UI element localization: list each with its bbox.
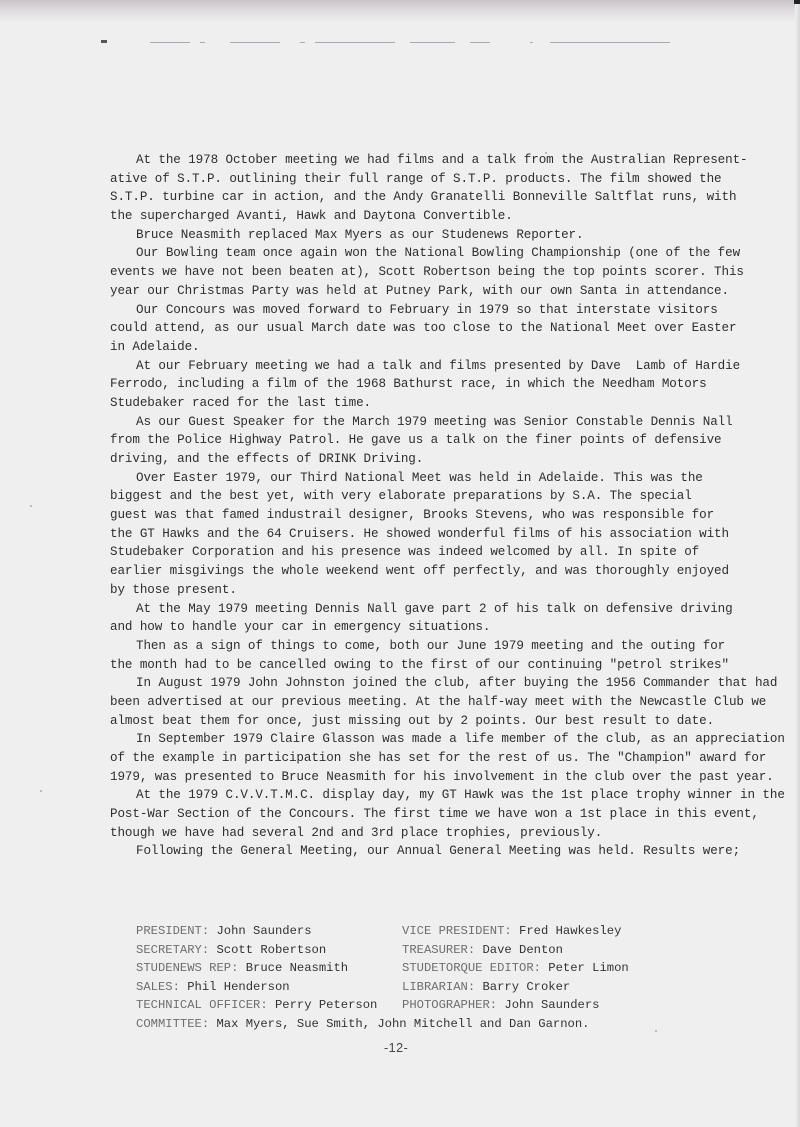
paragraph-first-line: At the May 1979 meeting Dennis Nall gave… bbox=[110, 600, 700, 619]
officers-list: PRESIDENT: John SaundersVICE PRESIDENT: … bbox=[136, 922, 656, 1034]
committee-names: Max Myers, Sue Smith, John Mitchell and … bbox=[209, 1017, 589, 1031]
paragraph: Then as a sign of things to come, both o… bbox=[110, 637, 700, 674]
officer-name: Barry Croker bbox=[475, 980, 570, 994]
paragraph-line: Studebaker raced for the last time. bbox=[110, 394, 700, 413]
officer-row: STUDENEWS REP: Bruce NeasmithSTUDETORQUE… bbox=[136, 959, 656, 978]
paragraph-first-line: Then as a sign of things to come, both o… bbox=[110, 637, 700, 656]
officer-role: TREASURER: bbox=[402, 943, 475, 957]
officer-name: Scott Robertson bbox=[209, 943, 326, 957]
paragraph-first-line: At the 1978 October meeting we had films… bbox=[110, 151, 700, 170]
paragraph-line: Ferrodo, including a film of the 1968 Ba… bbox=[110, 375, 700, 394]
officer-entry: TREASURER: Dave Denton bbox=[402, 941, 656, 960]
officer-row: SECRETARY: Scott RobertsonTREASURER: Dav… bbox=[136, 941, 656, 960]
paragraph-first-line: As our Guest Speaker for the March 1979 … bbox=[110, 413, 700, 432]
paragraph-line: Studebaker Corporation and his presence … bbox=[110, 543, 700, 562]
paragraph-first-line: Our Concours was moved forward to Februa… bbox=[110, 301, 700, 320]
paragraph-line: from the Police Highway Patrol. He gave … bbox=[110, 431, 700, 450]
document-body: At the 1978 October meeting we had films… bbox=[110, 151, 700, 861]
officer-name: Phil Henderson bbox=[180, 980, 290, 994]
page-number: -12- bbox=[384, 1041, 408, 1055]
officer-role: LIBRARIAN: bbox=[402, 980, 475, 994]
officer-role: STUDETORQUE EDITOR: bbox=[402, 961, 541, 975]
paragraph-line: in Adelaide. bbox=[110, 338, 700, 357]
officer-role: TECHNICAL OFFICER: bbox=[136, 998, 268, 1012]
officer-role: SALES: bbox=[136, 980, 180, 994]
officer-role: SECRETARY: bbox=[136, 943, 209, 957]
paragraph: Over Easter 1979, our Third National Mee… bbox=[110, 469, 700, 600]
paragraph-line: could attend, as our usual March date wa… bbox=[110, 319, 700, 338]
paragraph: Our Concours was moved forward to Februa… bbox=[110, 301, 700, 357]
officer-entry: SECRETARY: Scott Robertson bbox=[136, 941, 402, 960]
paragraph-line: almost beat them for once, just missing … bbox=[110, 712, 700, 731]
officer-entry: STUDENEWS REP: Bruce Neasmith bbox=[136, 959, 402, 978]
paragraph-line: of the example in participation she has … bbox=[110, 749, 700, 768]
officer-entry: STUDETORQUE EDITOR: Peter Limon bbox=[402, 959, 656, 978]
officer-name: Peter Limon bbox=[541, 961, 629, 975]
paragraph: At the 1978 October meeting we had films… bbox=[110, 151, 700, 226]
paragraph-line: earlier misgivings the whole weekend wen… bbox=[110, 562, 700, 581]
officer-entry: PRESIDENT: John Saunders bbox=[136, 922, 402, 941]
paragraph-line: the month had to be cancelled owing to t… bbox=[110, 656, 700, 675]
scan-top-shadow bbox=[0, 0, 800, 22]
officer-entry: VICE PRESIDENT: Fred Hawkesley bbox=[402, 922, 656, 941]
officer-entry: SALES: Phil Henderson bbox=[136, 978, 402, 997]
paragraph-line: and how to handle your car in emergency … bbox=[110, 618, 700, 637]
officer-role: VICE PRESIDENT: bbox=[402, 924, 512, 938]
paragraph-line: ative of S.T.P. outlining their full ran… bbox=[110, 170, 700, 189]
paragraph-line: the GT Hawks and the 64 Cruisers. He sho… bbox=[110, 525, 700, 544]
paragraph: Bruce Neasmith replaced Max Myers as our… bbox=[110, 226, 700, 245]
paragraph-line: guest was that famed industrail designer… bbox=[110, 506, 700, 525]
officer-entry: LIBRARIAN: Barry Croker bbox=[402, 978, 656, 997]
paragraph-line: events we have not been beaten at), Scot… bbox=[110, 263, 700, 282]
committee-line: COMMITTEE: Max Myers, Sue Smith, John Mi… bbox=[136, 1015, 656, 1034]
officer-name: Perry Peterson bbox=[268, 998, 378, 1012]
officer-name: Bruce Neasmith bbox=[238, 961, 348, 975]
officer-name: John Saunders bbox=[209, 924, 311, 938]
paragraph-first-line: At our February meeting we had a talk an… bbox=[110, 357, 700, 376]
paragraph: At our February meeting we had a talk an… bbox=[110, 357, 700, 413]
scan-speck bbox=[30, 505, 32, 507]
officer-name: Dave Denton bbox=[475, 943, 563, 957]
paragraph-first-line: Our Bowling team once again won the Nati… bbox=[110, 244, 700, 263]
paragraph-line: biggest and the best yet, with very elab… bbox=[110, 487, 700, 506]
officer-name: John Saunders bbox=[497, 998, 599, 1012]
officer-role: PRESIDENT: bbox=[136, 924, 209, 938]
header-faint-rule bbox=[150, 42, 710, 44]
officer-name: Fred Hawkesley bbox=[512, 924, 622, 938]
paragraph-first-line: In August 1979 John Johnston joined the … bbox=[110, 674, 700, 693]
scan-right-edge bbox=[795, 0, 800, 1127]
committee-role: COMMITTEE: bbox=[136, 1017, 209, 1031]
officer-row: PRESIDENT: John SaundersVICE PRESIDENT: … bbox=[136, 922, 656, 941]
scan-mark bbox=[101, 40, 107, 43]
paragraph-first-line: Following the General Meeting, our Annua… bbox=[110, 842, 700, 861]
officer-row: TECHNICAL OFFICER: Perry PetersonPHOTOGR… bbox=[136, 996, 656, 1015]
paragraph-line: year our Christmas Party was held at Put… bbox=[110, 282, 700, 301]
paragraph: Following the General Meeting, our Annua… bbox=[110, 842, 700, 861]
officer-row: SALES: Phil HendersonLIBRARIAN: Barry Cr… bbox=[136, 978, 656, 997]
officer-role: PHOTOGRAPHER: bbox=[402, 998, 497, 1012]
paragraph-line: Post-War Section of the Concours. The fi… bbox=[110, 805, 700, 824]
paragraph: At the May 1979 meeting Dennis Nall gave… bbox=[110, 600, 700, 637]
scan-corner-mark bbox=[794, 0, 800, 4]
officer-entry: PHOTOGRAPHER: John Saunders bbox=[402, 996, 656, 1015]
paragraph-line: driving, and the effects of DRINK Drivin… bbox=[110, 450, 700, 469]
paragraph-line: though we have had several 2nd and 3rd p… bbox=[110, 824, 700, 843]
officer-entry: TECHNICAL OFFICER: Perry Peterson bbox=[136, 996, 402, 1015]
paragraph-first-line: Bruce Neasmith replaced Max Myers as our… bbox=[110, 226, 700, 245]
paragraph-line: 1979, was presented to Bruce Neasmith fo… bbox=[110, 768, 700, 787]
paragraph-line: the supercharged Avanti, Hawk and Dayton… bbox=[110, 207, 700, 226]
paragraph: In August 1979 John Johnston joined the … bbox=[110, 674, 700, 730]
officer-role: STUDENEWS REP: bbox=[136, 961, 238, 975]
paragraph: As our Guest Speaker for the March 1979 … bbox=[110, 413, 700, 469]
paragraph: At the 1979 C.V.V.T.M.C. display day, my… bbox=[110, 786, 700, 842]
paragraph: Our Bowling team once again won the Nati… bbox=[110, 244, 700, 300]
paragraph-line: S.T.P. turbine car in action, and the An… bbox=[110, 188, 700, 207]
paragraph-first-line: Over Easter 1979, our Third National Mee… bbox=[110, 469, 700, 488]
paragraph-first-line: In September 1979 Claire Glasson was mad… bbox=[110, 730, 700, 749]
paragraph-first-line: At the 1979 C.V.V.T.M.C. display day, my… bbox=[110, 786, 700, 805]
paragraph-line: by those present. bbox=[110, 581, 700, 600]
paragraph: In September 1979 Claire Glasson was mad… bbox=[110, 730, 700, 786]
scan-speck bbox=[40, 790, 42, 792]
paragraph-line: been advertised at our previous meeting.… bbox=[110, 693, 700, 712]
